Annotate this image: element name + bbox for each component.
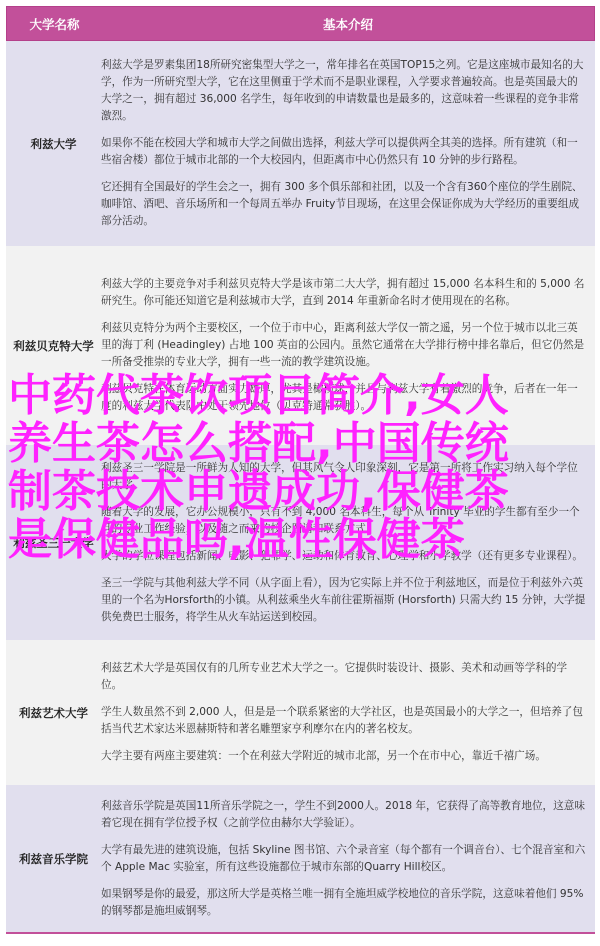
university-description: 利兹艺术大学是英国仅有的几所专业艺术大学之一。它提供时装设计、摄影、美术和动画等… xyxy=(101,646,595,779)
description-paragraph: 利兹艺术大学是英国仅有的几所专业艺术大学之一。它提供时装设计、摄影、美术和动画等… xyxy=(101,660,587,694)
table-header: 大学名称 基本介绍 xyxy=(6,6,595,41)
university-name: 利兹贝克特大学 xyxy=(6,338,101,354)
university-description: 利兹大学的主要竞争对手利兹贝克特大学是该市第二大大学，拥有超过 15,000 名… xyxy=(101,262,595,429)
description-paragraph: 学生人数虽然不到 2,000 人，但是是一个联系紧密的大学社区，也是英国最小的大… xyxy=(101,704,587,738)
university-name: 利兹音乐学院 xyxy=(6,851,101,867)
description-paragraph: 利兹圣三一学院是一所鲜为人知的大学，但其风气令人印象深刻，它是第一所将工作实习纳… xyxy=(101,460,587,494)
description-paragraph: 利兹大学是罗素集团18所研究密集型大学之一，常年排名在英国TOP15之列。它是这… xyxy=(101,57,587,125)
header-university-name: 大学名称 xyxy=(7,15,102,33)
university-description: 利兹音乐学院是英国11所音乐学院之一，学生不到2000人。2018 年，它获得了… xyxy=(101,784,595,934)
table-row: 利兹音乐学院 利兹音乐学院是英国11所音乐学院之一，学生不到2000人。2018… xyxy=(6,785,595,932)
description-paragraph: 利兹音乐学院是英国11所音乐学院之一，学生不到2000人。2018 年，它获得了… xyxy=(101,798,587,832)
description-paragraph: 大学有最先进的建筑设施，包括 Skyline 图书馆、六个录音室（每个都有一个调… xyxy=(101,842,587,876)
table-row: 利兹圣三一大学 利兹圣三一学院是一所鲜为人知的大学，但其风气令人印象深刻，它是第… xyxy=(6,445,595,640)
description-paragraph: 如果钢琴是你的最爱，那这所大学是英格兰唯一拥有全施坦威学校地位的音乐学院，这意味… xyxy=(101,886,587,920)
table-row: 利兹贝克特大学 利兹大学的主要竞争对手利兹贝克特大学是该市第二大大学，拥有超过 … xyxy=(6,246,595,445)
description-paragraph: 利兹大学的主要竞争对手利兹贝克特大学是该市第二大大学，拥有超过 15,000 名… xyxy=(101,276,587,310)
university-table: 大学名称 基本介绍 利兹大学 利兹大学是罗素集团18所研究密集型大学之一，常年排… xyxy=(6,6,595,934)
description-paragraph: 圣三一学院与其他利兹大学不同（从字面上看），因为它实际上并不位于利兹地区，而是位… xyxy=(101,575,587,626)
header-basic-intro: 基本介绍 xyxy=(102,15,594,33)
university-name: 利兹大学 xyxy=(6,136,101,152)
description-paragraph: 随着大学的发展，它办公规模小，只有不到 4,000 名本科生，每个从 Trini… xyxy=(101,504,587,538)
description-paragraph: 大学主要有两座主要建筑：一个在利兹大学附近的城市北部，另一个在市中心，靠近千禧广… xyxy=(101,748,587,765)
university-description: 利兹圣三一学院是一所鲜为人知的大学，但其风气令人印象深刻，它是第一所将工作实习纳… xyxy=(101,446,595,640)
description-paragraph: 利兹贝克特分为两个主要校区，一个位于市中心，距离利兹大学仅一箭之遥，另一个位于城… xyxy=(101,320,587,371)
table-row: 利兹艺术大学 利兹艺术大学是英国仅有的几所专业艺术大学之一。它提供时装设计、摄影… xyxy=(6,640,595,785)
university-description: 利兹大学是罗素集团18所研究密集型大学之一，常年排名在英国TOP15之列。它是这… xyxy=(101,43,595,244)
description-paragraph: 如果你不能在校园大学和城市大学之间做出选择，利兹大学可以提供两全其美的选择。所有… xyxy=(101,135,587,169)
university-name: 利兹艺术大学 xyxy=(6,705,101,721)
description-paragraph: 大学的学位课程包括新闻、电影、犯罪学、运动和体育教育、心理学和小学教学（还有更多… xyxy=(101,548,587,565)
description-paragraph: 它还拥有全国最好的学生会之一，拥有 300 多个俱乐部和社团，以及一个含有360… xyxy=(101,179,587,230)
description-paragraph: 利兹贝克特在体育运动方面实力雄厚，尤其是橄榄球，并且与利兹大学有着激烈的竞争，后… xyxy=(101,381,587,415)
university-name: 利兹圣三一大学 xyxy=(6,535,101,551)
table-row: 利兹大学 利兹大学是罗素集团18所研究密集型大学之一，常年排名在英国TOP15之… xyxy=(6,41,595,246)
